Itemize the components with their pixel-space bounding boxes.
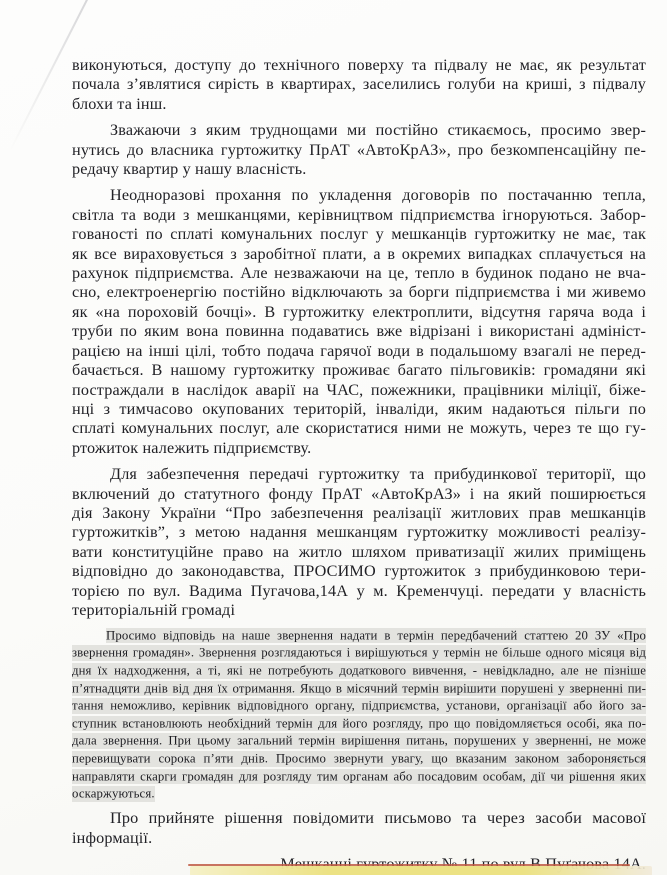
document-body: виконуються, доступу до технічного повер… — [72, 56, 646, 875]
text-line-content: звернення громадян». Звернення розглядаю… — [72, 645, 646, 661]
text-line-content: сплаті комунальних послуг, але скористат… — [72, 419, 646, 437]
text-line: торією по вул. Вадима Пугачова,14А у м. … — [72, 582, 646, 601]
text-line-content: ступник встановлюють необхідний термін д… — [72, 716, 646, 732]
utilities-problems-paragraph: Неодноразові прохання по укладення догов… — [72, 186, 646, 458]
text-line-content: як «на пороховій бочці». В гуртожитку ел… — [72, 303, 646, 321]
text-line: бачається. В нашому гуртожитку проживає … — [72, 361, 646, 380]
text-line-content: труби по яким вона повинна подаватись вж… — [72, 322, 646, 340]
text-line-content: дія Закону України “Про забезпечення реа… — [72, 504, 646, 522]
text-line: виконуються, доступу до технічного повер… — [72, 56, 646, 75]
text-line: сплаті комунальних послуг, але скористат… — [72, 419, 646, 438]
text-line-content: Про прийняте рішення повідомити письмово… — [110, 809, 646, 827]
text-line: як все вираховується з заробітної плати,… — [72, 245, 646, 264]
text-line-content: дня їх надходження, а ті, які не потребу… — [72, 663, 646, 679]
text-line-content: гованості по сплаті комунальних послуг у… — [72, 225, 646, 243]
text-line-content: Для забезпечення передачі гуртожитку та … — [110, 465, 646, 483]
text-line-content: світла та води з мешканцями, керівництво… — [72, 206, 646, 224]
text-line: рацією на інші цілі, тобто подача гарячо… — [72, 342, 646, 361]
text-line: постраждали в наслідок аварії на ЧАС, по… — [72, 381, 646, 400]
text-line: ступник встановлюють необхідний термін д… — [72, 715, 646, 733]
text-line-content: інформації. — [72, 829, 152, 847]
text-line-content: перевищувати сорока п’яти днів. Просимо … — [72, 751, 646, 767]
text-line: Просимо відповідь на наше звернення нада… — [72, 627, 646, 645]
text-line: ртожиток належить підприємству. — [72, 439, 646, 458]
text-line: тання неможливо, керівник відповідного о… — [72, 698, 646, 716]
text-line-content: блохи та інш. — [72, 95, 167, 113]
transfer-request-paragraph: Для забезпечення передачі гуртожитку та … — [72, 465, 646, 620]
text-line: звернення громадян». Звернення розглядаю… — [72, 645, 646, 663]
text-line: п’ятнадцяти днів від дня їх отримання. Я… — [72, 680, 646, 698]
text-line: територіальній громаді — [72, 601, 646, 620]
text-line: Про прийняте рішення повідомити письмово… — [72, 809, 646, 828]
text-line: нутись до власника гуртожитку ПрАТ «Авто… — [72, 141, 646, 160]
text-line-content: як все вираховується з заробітної плати,… — [72, 245, 646, 263]
text-line: Неодноразові прохання по укладення догов… — [72, 186, 646, 205]
text-line: дія Закону України “Про забезпечення реа… — [72, 504, 646, 523]
text-line: рахунок підприємства. Але незважаючи на … — [72, 264, 646, 283]
text-line: відповідно до законодавства, ПРОСИМО гур… — [72, 562, 646, 581]
text-line: Для забезпечення передачі гуртожитку та … — [72, 465, 646, 484]
continued-intro-paragraph: виконуються, доступу до технічного повер… — [72, 56, 646, 114]
text-line-content: торією по вул. Вадима Пугачова,14А у м. … — [72, 582, 646, 600]
text-line: направляти скарги громадян для розгляду … — [72, 768, 646, 786]
text-line-content: постраждали в наслідок аварії на ЧАС, по… — [72, 381, 646, 399]
legal-response-terms-paragraph: Просимо відповідь на наше звернення нада… — [72, 627, 646, 803]
yellow-highlighter-mark — [190, 866, 652, 875]
text-line-content: вати конституційне право на житло шляхом… — [72, 543, 646, 561]
text-line: гуртожитків”, з метою надання мешканцям … — [72, 523, 646, 542]
text-line: редачу квартир у нашу власність. — [72, 160, 646, 179]
text-line-content: тання неможливо, керівник відповідного о… — [72, 698, 646, 714]
text-line-content: дала звернення. При цьому загальний терм… — [72, 733, 646, 749]
text-line-content: відповідно до законодавства, ПРОСИМО гур… — [72, 562, 646, 580]
text-line-content: бачається. В нашому гуртожитку проживає … — [72, 361, 646, 379]
decision-notice-paragraph: Про прийняте рішення повідомити письмово… — [72, 809, 646, 848]
text-line: як «на пороховій бочці». В гуртожитку ел… — [72, 303, 646, 322]
text-line: оскаржуються. — [72, 786, 646, 804]
text-line-content: рахунок підприємства. Але незважаючи на … — [72, 264, 646, 282]
text-line-content: виконуються, доступу до технічного повер… — [72, 56, 646, 74]
text-line: вати конституційне право на житло шляхом… — [72, 543, 646, 562]
text-line: дня їх надходження, а ті, які не потребу… — [72, 663, 646, 681]
text-line-content: оскаржуються. — [72, 786, 155, 802]
text-line: інформації. — [72, 829, 646, 848]
text-line: Зважаючи з яким труднощами ми постійно с… — [72, 121, 646, 140]
text-line-content: нутись до власника гуртожитку ПрАТ «Авто… — [72, 141, 646, 159]
text-line: дала звернення. При цьому загальний терм… — [72, 733, 646, 751]
text-line-content: територіальній громаді — [72, 601, 235, 619]
text-line: світла та води з мешканцями, керівництво… — [72, 206, 646, 225]
text-line: почала з’являтися сирість в квартирах, з… — [72, 75, 646, 94]
text-line: блохи та інш. — [72, 95, 646, 114]
text-line-content: Зважаючи з яким труднощами ми постійно с… — [110, 121, 646, 139]
text-line-content: ртожиток належить підприємству. — [72, 439, 311, 457]
text-line: сно, електроенергію постійно відключають… — [72, 283, 646, 302]
text-line-content: Неодноразові прохання по укладення догов… — [110, 186, 646, 204]
text-line-content: включений до статутного фонду ПрАТ «Авто… — [72, 485, 646, 503]
text-line: гованості по сплаті комунальних послуг у… — [72, 225, 646, 244]
text-line: перевищувати сорока п’яти днів. Просимо … — [72, 751, 646, 769]
text-line-content: направляти скарги громадян для розгляду … — [72, 769, 646, 785]
text-line: включений до статутного фонду ПрАТ «Авто… — [72, 485, 646, 504]
text-line-content: Просимо відповідь на наше звернення нада… — [106, 628, 646, 644]
text-line-content: почала з’являтися сирість в квартирах, з… — [72, 75, 646, 93]
text-line-content: рацією на інші цілі, тобто подача гарячо… — [72, 342, 646, 360]
text-line-content: гуртожитків”, з метою надання мешканцям … — [72, 523, 646, 541]
text-line-content: редачу квартир у нашу власність. — [72, 160, 306, 178]
scanned-letter-page: виконуються, доступу до технічного повер… — [0, 0, 667, 875]
text-line: труби по яким вона повинна подаватись вж… — [72, 322, 646, 341]
text-line: нці з тимчасово окупованих територій, ін… — [72, 400, 646, 419]
ownership-request-paragraph: Зважаючи з яким труднощами ми постійно с… — [72, 121, 646, 179]
text-line-content: п’ятнадцяти днів від дня їх отримання. Я… — [72, 681, 646, 697]
text-line-content: нці з тимчасово окупованих територій, ін… — [72, 400, 646, 418]
text-line-content: сно, електроенергію постійно відключають… — [72, 283, 646, 301]
